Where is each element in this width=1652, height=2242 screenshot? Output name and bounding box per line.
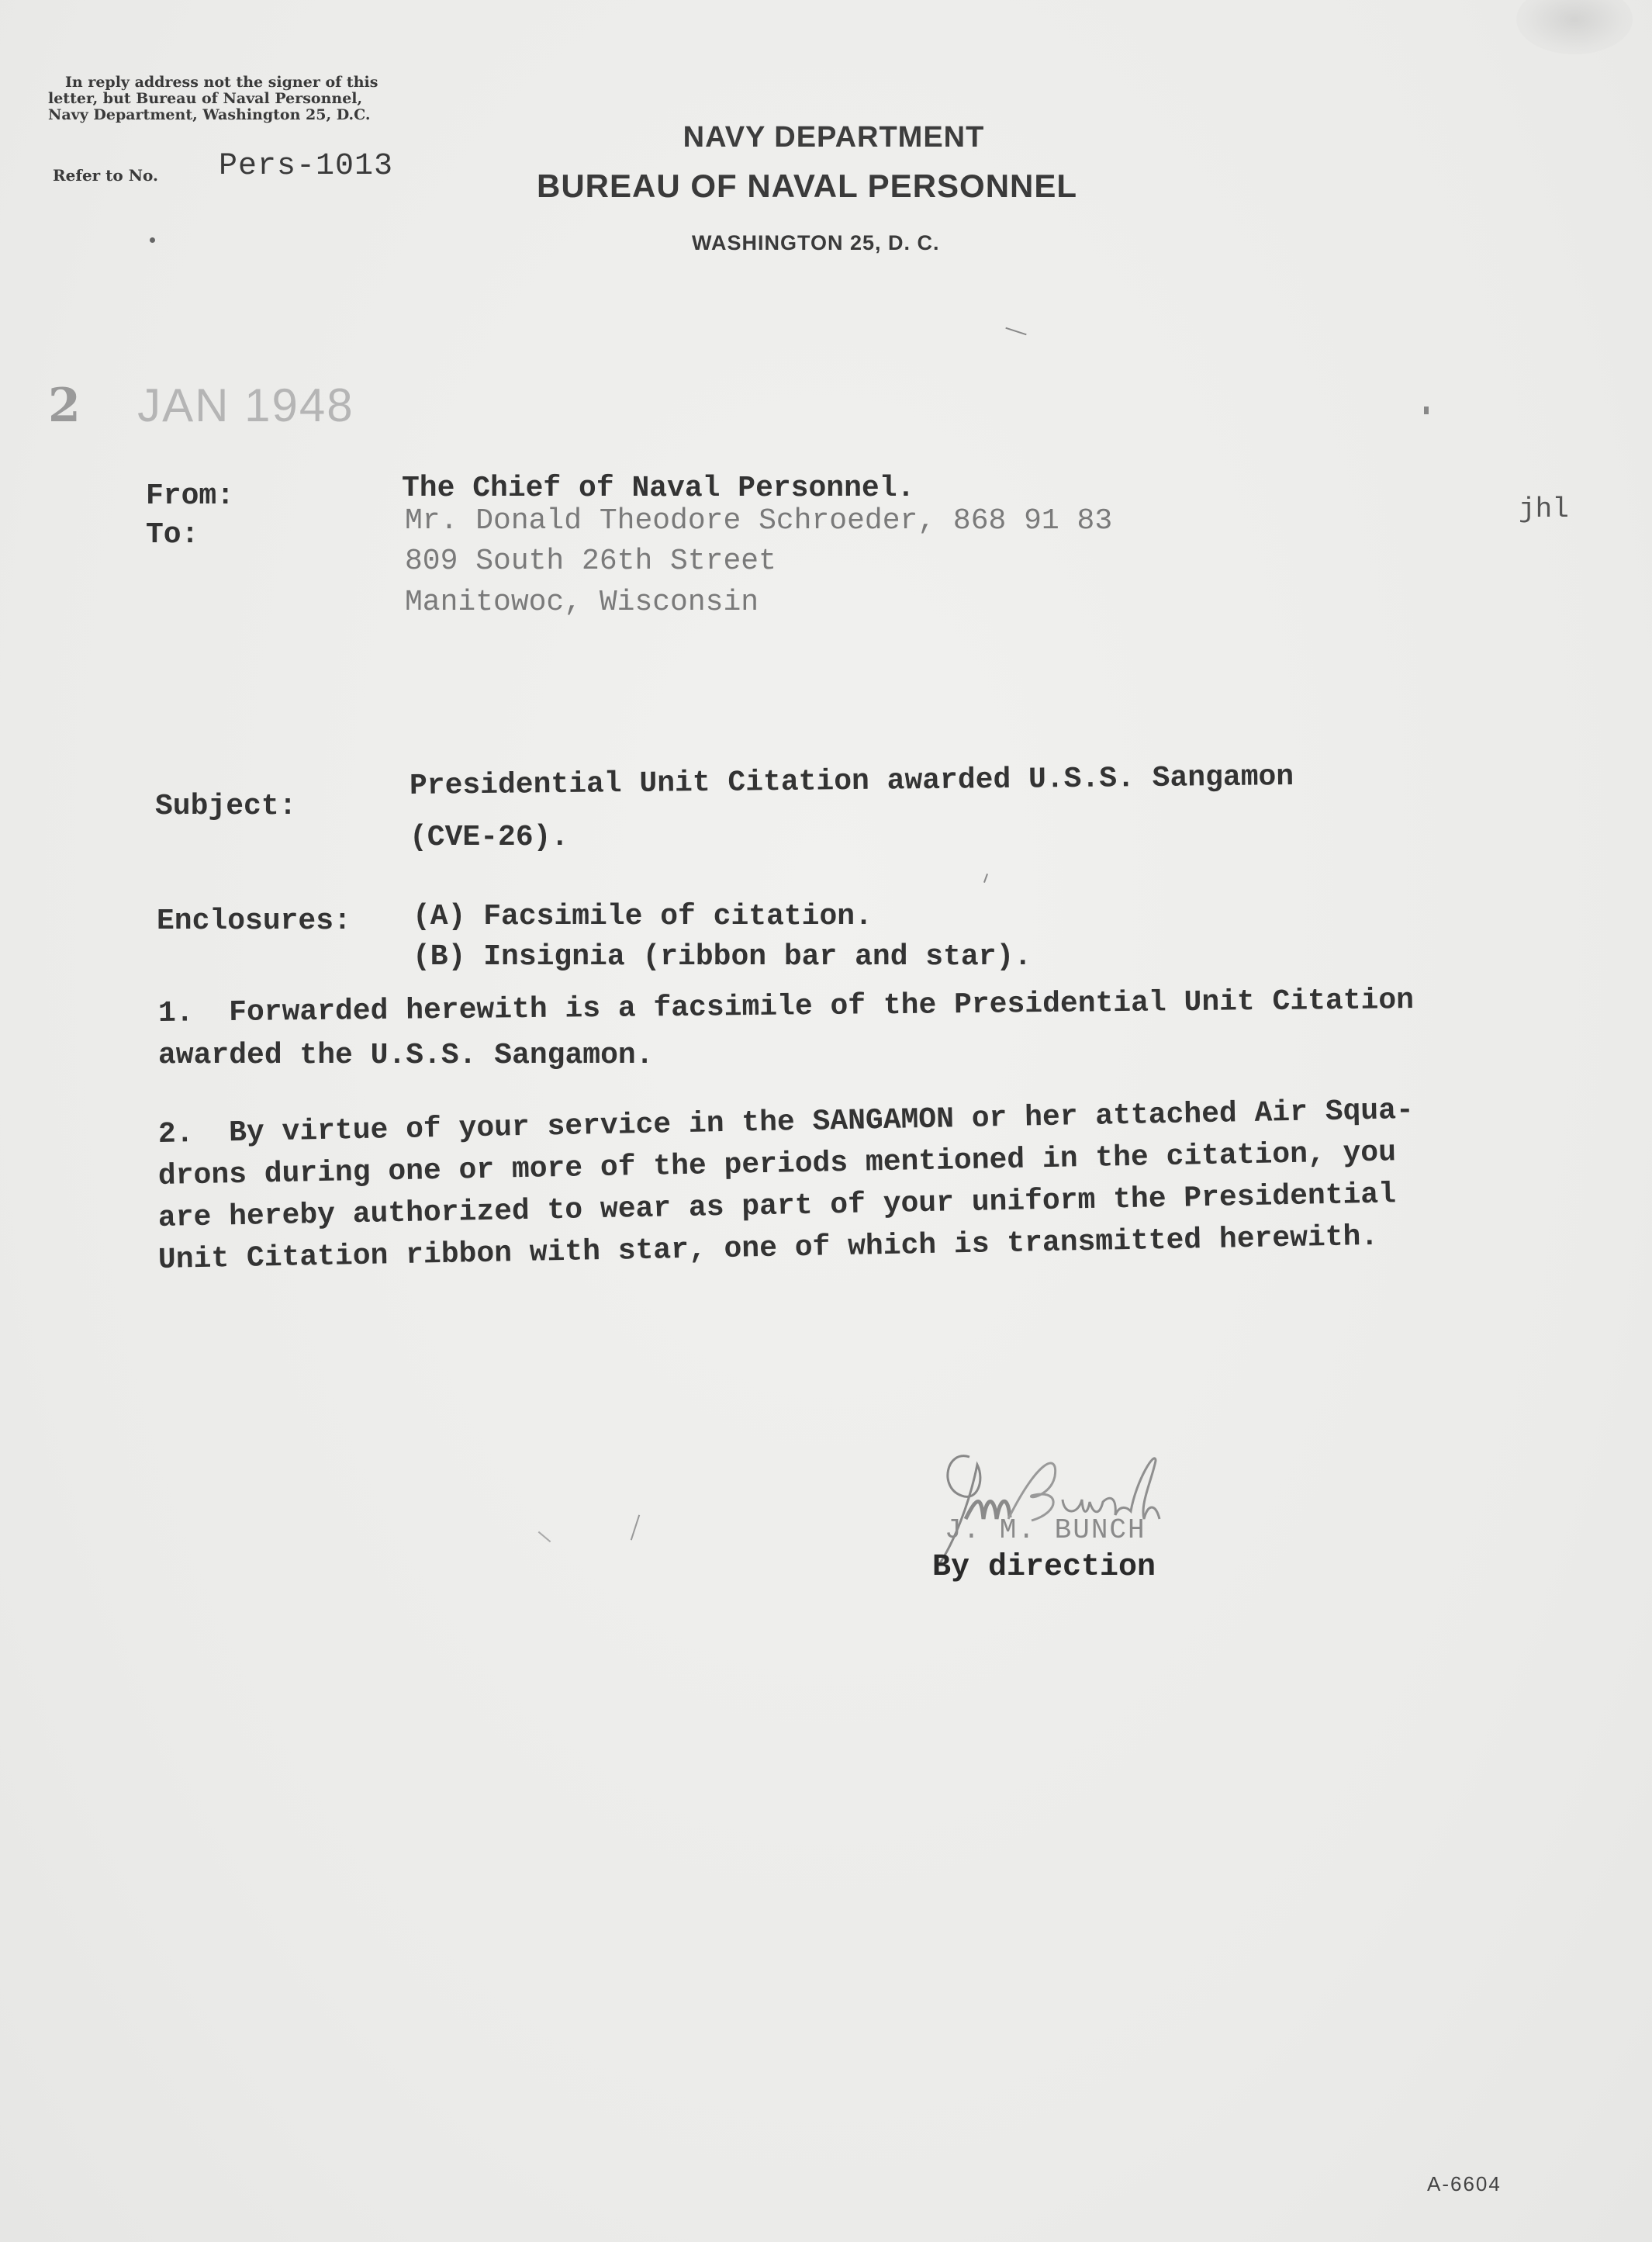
date-stamp: 2 JAN 1948 (48, 379, 354, 433)
enclosure-item: (B) Insignia (ribbon bar and star). (413, 940, 1032, 974)
subject-line: (CVE-26). (410, 821, 569, 854)
paragraph-line: awarded the U.S.S. Sangamon. (158, 1035, 1632, 1077)
letter-page: In reply address not the signer of this … (0, 0, 1652, 2242)
date-stamp-day: 2 (48, 379, 82, 433)
date-stamp-month-year: JAN 1948 (137, 379, 354, 431)
signer-name: J. M. BUNCH (945, 1514, 1146, 1546)
subject-line: Presidential Unit Citation awarded U.S.S… (410, 760, 1294, 803)
signer-capacity: By direction (932, 1550, 1156, 1585)
to-address-line: Mr. Donald Theodore Schroeder, 868 91 83 (405, 504, 1112, 538)
dot-mark (150, 237, 155, 243)
enclosures-label: Enclosures: (157, 905, 351, 938)
to-address-line: 809 South 26th Street (405, 545, 776, 578)
to-label: To: (146, 518, 199, 552)
typist-initials: jhl (1519, 493, 1569, 525)
letterhead-department: NAVY DEPARTMENT (0, 121, 1652, 154)
paragraph-line: 1. Forwarded herewith is a facsimile of … (158, 977, 1632, 1035)
enclosure-item: (A) Facsimile of citation. (413, 900, 873, 933)
subject-label: Subject: (155, 790, 296, 823)
ink-smudge (1516, 0, 1633, 54)
body-paragraph-2: 2. By virtue of your service in the SANG… (158, 1114, 1632, 1282)
reply-notice-line: letter, but Bureau of Naval Personnel, (48, 91, 451, 107)
form-number: A-6604 (1427, 2172, 1502, 2196)
letterhead-bureau: BUREAU OF NAVAL PERSONNEL (537, 168, 1077, 205)
to-address-line: Manitowoc, Wisconsin (405, 586, 759, 619)
body-paragraph-1: 1. Forwarded herewith is a facsimile of … (158, 993, 1632, 1077)
reply-notice-line: In reply address not the signer of this (48, 74, 451, 91)
stray-mark (1424, 407, 1429, 414)
reply-notice: In reply address not the signer of this … (48, 74, 451, 123)
refer-label: Refer to No. (53, 166, 158, 185)
stray-mark (983, 874, 988, 883)
stray-mark (538, 1531, 551, 1542)
from-label: From: (146, 479, 234, 513)
letterhead-address: WASHINGTON 25, D. C. (692, 231, 940, 255)
from-value: The Chief of Naval Personnel. (402, 472, 914, 505)
stray-mark (631, 1515, 640, 1541)
stray-mark (1005, 327, 1026, 336)
